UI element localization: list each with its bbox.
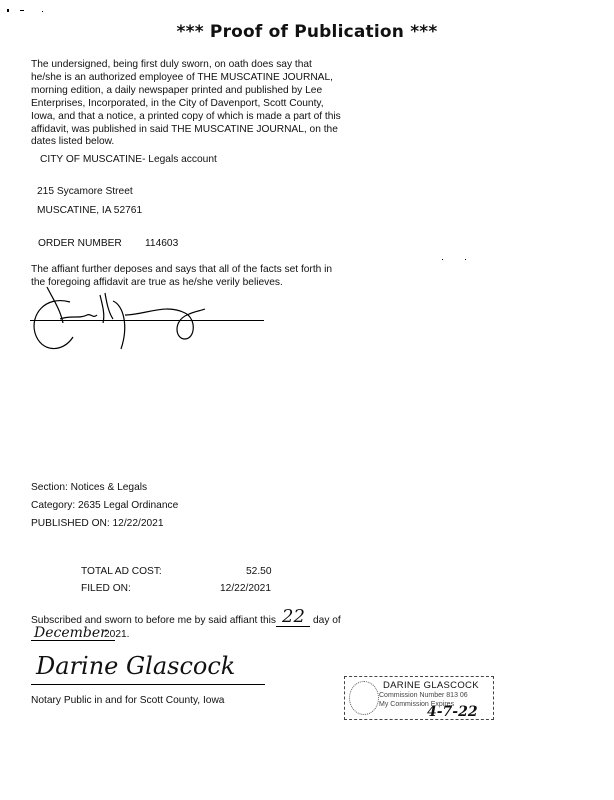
stamp-commission-number: Commission Number 813 06 <box>379 692 468 699</box>
total-ad-cost-label: TOTAL AD COST: <box>81 566 162 577</box>
intro-line: morning edition, a daily newspaper print… <box>31 85 361 98</box>
street-address: 215 Sycamore Street <box>37 186 133 197</box>
intro-line: Iowa, and that a notice, a printed copy … <box>31 111 361 124</box>
order-number-value: 114603 <box>145 238 178 249</box>
affidavit-line: The affiant further deposes and says tha… <box>31 264 332 277</box>
month-underline <box>31 640 115 641</box>
stamp-expiry-date: 4-7-22 <box>427 704 478 720</box>
filed-on-value: 12/22/2021 <box>220 583 271 594</box>
city-state-zip: MUSCATINE, IA 52761 <box>37 205 142 216</box>
notary-caption: Notary Public in and for Scott County, I… <box>31 695 224 706</box>
scan-speck <box>465 259 466 260</box>
order-number-label: ORDER NUMBER <box>38 238 122 249</box>
scan-speck <box>442 259 443 260</box>
day-underline <box>276 626 310 627</box>
scan-speck <box>42 11 43 12</box>
intro-line: he/she is an authorized employee of THE … <box>31 72 361 85</box>
stamp-name: DARINE GLASCOCK <box>383 680 479 691</box>
account-name: CITY OF MUSCATINE- Legals account <box>40 154 217 165</box>
jurat-day-of: day of <box>313 615 341 626</box>
intro-line: dates listed below. <box>31 136 361 149</box>
published-on-text: PUBLISHED ON: 12/22/2021 <box>31 518 164 529</box>
jurat-year: 2021. <box>104 629 130 640</box>
scan-speck <box>20 10 24 11</box>
intro-line: The undersigned, being first duly sworn,… <box>31 59 361 72</box>
intro-line: affidavit, was published in said THE MUS… <box>31 124 361 137</box>
intro-paragraph: The undersigned, being first duly sworn,… <box>31 59 361 149</box>
section-text: Section: Notices & Legals <box>31 482 147 493</box>
affiant-signature <box>25 285 225 360</box>
notary-signature: Darine Glascock <box>36 652 235 680</box>
scan-speck <box>7 9 9 12</box>
jurat-day: 22 <box>282 606 305 627</box>
total-ad-cost-value: 52.50 <box>246 566 272 577</box>
filed-on-label: FILED ON: <box>81 583 131 594</box>
category-text: Category: 2635 Legal Ordinance <box>31 500 178 511</box>
intro-line: Enterprises, Incorporated, in the City o… <box>31 98 361 111</box>
notary-stamp: DARINE GLASCOCK Commission Number 813 06… <box>344 676 494 720</box>
notary-seal-icon <box>349 681 379 715</box>
page-title: *** Proof of Publication *** <box>0 22 614 42</box>
jurat-month: December <box>34 625 107 641</box>
notary-signature-line <box>31 684 265 685</box>
